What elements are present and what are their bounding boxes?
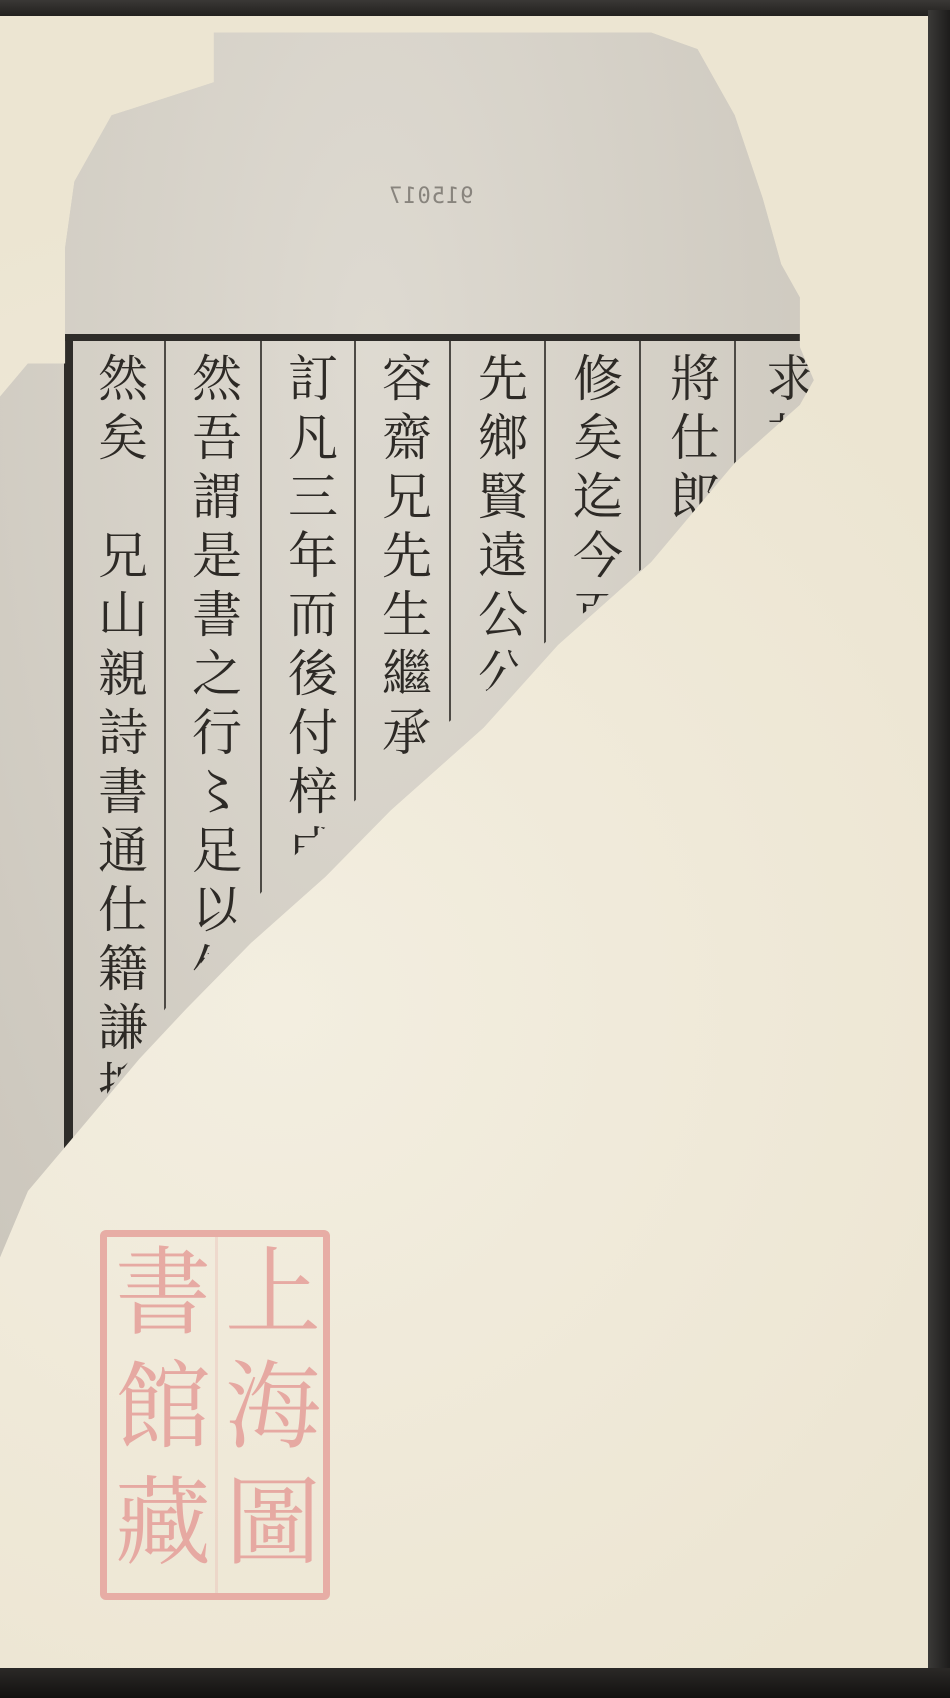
scan-right-edge (928, 10, 950, 1690)
seal-divider (215, 1237, 218, 1593)
frame-top-border (64, 334, 876, 341)
text-column-7: 然吾謂是書之行〻足以信今 (178, 352, 248, 1060)
scan-bottom-edge (0, 1668, 950, 1698)
library-seal: 上 海 圖 書 館 藏 (100, 1230, 330, 1600)
seal-char-2: 海 (225, 1359, 321, 1455)
seal-char-5: 館 (115, 1359, 211, 1455)
seal-char-3: 圖 (225, 1475, 321, 1571)
seal-char-6: 藏 (115, 1475, 211, 1571)
text-column-6: 訂凡三年而後付梓成編 (274, 352, 344, 942)
text-column-8: 然矣 兄山親詩書通仕籍謙抑自 (84, 352, 154, 1178)
seal-char-4: 書 (115, 1245, 211, 1341)
mirrored-page-number: 915017 (388, 184, 473, 209)
frame-left-border (64, 334, 73, 1254)
seal-char-1: 上 (225, 1245, 321, 1341)
